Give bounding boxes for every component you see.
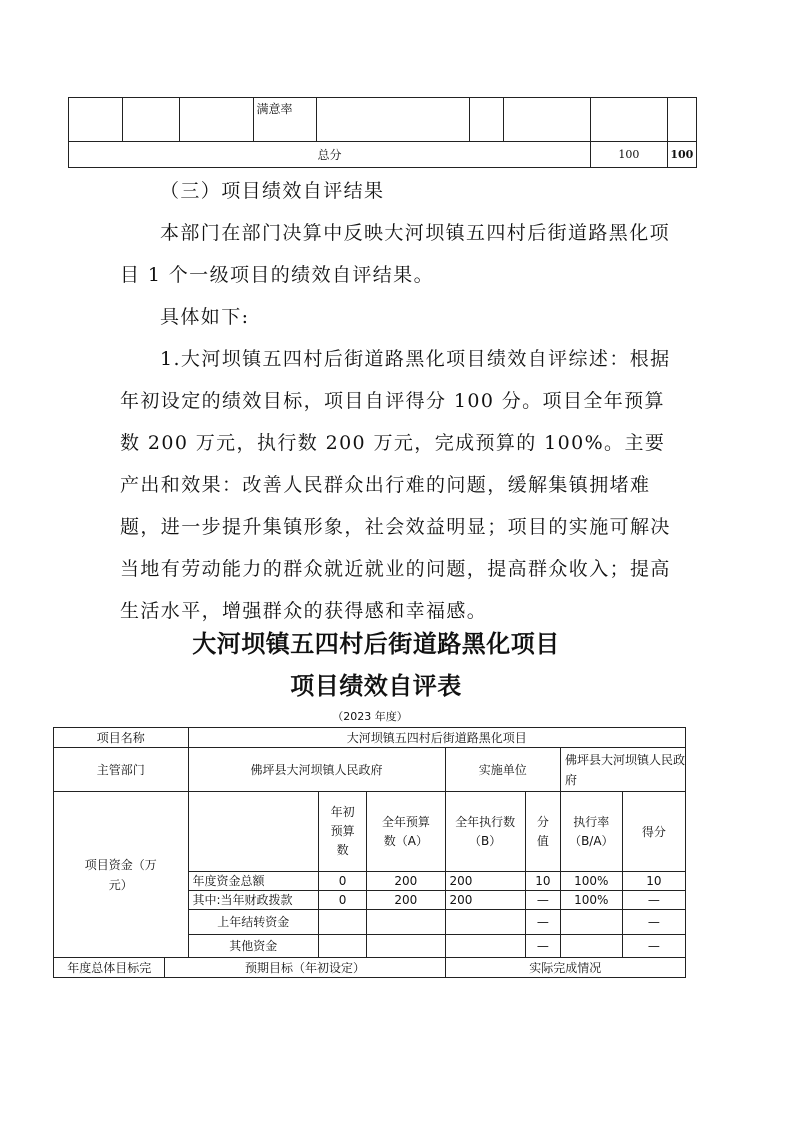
row-init: 0 bbox=[319, 872, 367, 891]
header-weight: 分值 bbox=[525, 792, 560, 872]
total-score: 100 bbox=[667, 142, 696, 168]
impl-value: 佛坪县大河坝镇人民政府 bbox=[560, 748, 685, 792]
paragraph-summary: 本部门在部门决算中反映大河坝镇五四村后街道路黑化项目 1 个一级项目的绩效自评结… bbox=[120, 212, 680, 296]
satisfaction-label: 满意率 bbox=[254, 98, 316, 142]
total-label: 总分 bbox=[69, 142, 591, 168]
row-rate bbox=[560, 910, 622, 935]
row-weight: — bbox=[525, 910, 560, 935]
row-label: 上年结转资金 bbox=[188, 910, 319, 935]
dept-value: 佛坪县大河坝镇人民政府 bbox=[188, 748, 445, 792]
row-rate: 100% bbox=[560, 872, 622, 891]
cell bbox=[123, 98, 179, 142]
cell bbox=[504, 98, 591, 142]
row-weight: — bbox=[525, 891, 560, 910]
cell bbox=[667, 98, 696, 142]
row-init bbox=[319, 935, 367, 958]
form-year: （2023 年度） bbox=[0, 708, 740, 724]
row-score: — bbox=[622, 910, 685, 935]
cell bbox=[179, 98, 254, 142]
cell bbox=[470, 98, 504, 142]
actual-completion-label: 实际完成情况 bbox=[445, 958, 685, 978]
row-score: — bbox=[622, 891, 685, 910]
row-label: 其中:当年财政拨款 bbox=[188, 891, 319, 910]
indicator-table-tail: 满意率 总分 100 100 bbox=[68, 97, 697, 168]
total-value: 100 bbox=[591, 142, 668, 168]
form-title: 大河坝镇五四村后街道路黑化项目 bbox=[16, 624, 736, 659]
section-heading: （三）项目绩效自评结果 bbox=[160, 170, 720, 212]
impl-label: 实施单位 bbox=[445, 748, 560, 792]
cell bbox=[69, 98, 123, 142]
project-name-label: 项目名称 bbox=[54, 728, 189, 748]
row-rate: 100% bbox=[560, 891, 622, 910]
paragraph-details-intro: 具体如下: bbox=[160, 296, 720, 338]
header-annual-exec: 全年执行数（B） bbox=[445, 792, 525, 872]
row-exec bbox=[445, 935, 525, 958]
paragraph-project-review: 1.大河坝镇五四村后街道路黑化项目绩效自评综述：根据年初设定的绩效目标，项目自评… bbox=[120, 338, 680, 632]
header-score: 得分 bbox=[622, 792, 685, 872]
row-budget: 200 bbox=[367, 891, 445, 910]
row-init: 0 bbox=[319, 891, 367, 910]
row-budget bbox=[367, 935, 445, 958]
cell bbox=[188, 792, 319, 872]
row-exec bbox=[445, 910, 525, 935]
row-budget bbox=[367, 910, 445, 935]
row-exec: 200 bbox=[445, 872, 525, 891]
cell bbox=[591, 98, 668, 142]
row-score: — bbox=[622, 935, 685, 958]
row-weight: 10 bbox=[525, 872, 560, 891]
row-score: 10 bbox=[622, 872, 685, 891]
row-exec: 200 bbox=[445, 891, 525, 910]
row-budget: 200 bbox=[367, 872, 445, 891]
project-name-value: 大河坝镇五四村后街道路黑化项目 bbox=[188, 728, 685, 748]
header-exec-rate: 执行率（B/A） bbox=[560, 792, 622, 872]
row-init bbox=[319, 910, 367, 935]
header-init-budget: 年初预算数 bbox=[319, 792, 367, 872]
header-annual-budget: 全年预算数（A） bbox=[367, 792, 445, 872]
dept-label: 主管部门 bbox=[54, 748, 189, 792]
funds-label: 项目资金（万元） bbox=[54, 792, 189, 958]
form-subtitle: 项目绩效自评表 bbox=[16, 666, 736, 701]
goal-label: 年度总体目标完 bbox=[54, 958, 165, 978]
row-weight: — bbox=[525, 935, 560, 958]
cell bbox=[316, 98, 469, 142]
row-rate bbox=[560, 935, 622, 958]
expected-goal-label: 预期目标（年初设定） bbox=[165, 958, 445, 978]
self-evaluation-form: 项目名称 大河坝镇五四村后街道路黑化项目 主管部门 佛坪县大河坝镇人民政府 实施… bbox=[53, 727, 686, 978]
row-label: 年度资金总额 bbox=[188, 872, 319, 891]
row-label: 其他资金 bbox=[188, 935, 319, 958]
